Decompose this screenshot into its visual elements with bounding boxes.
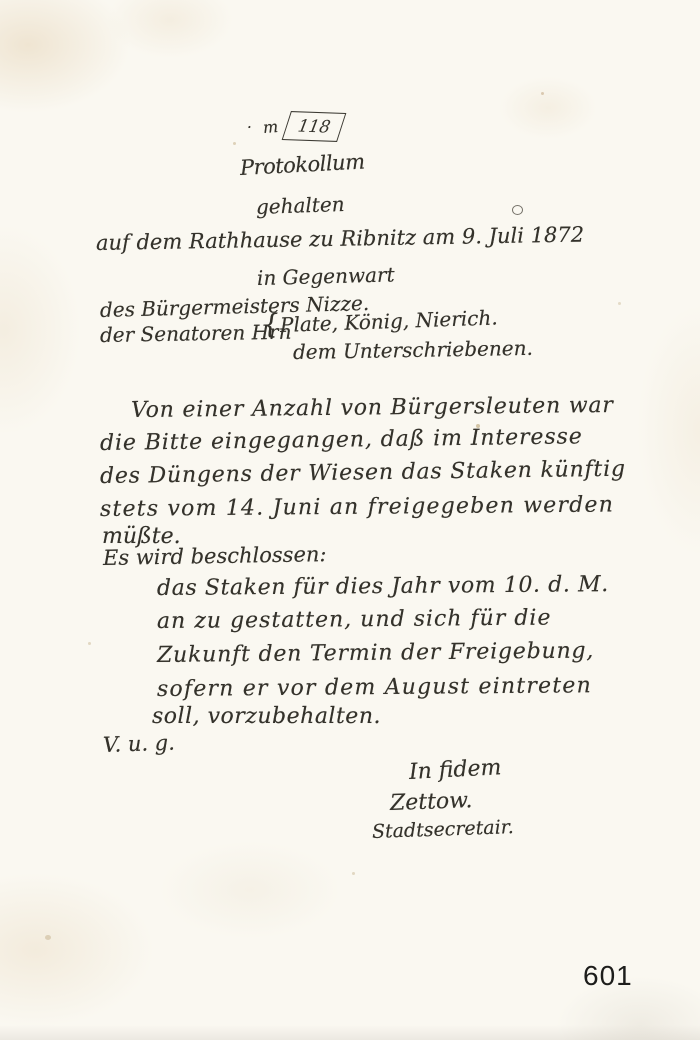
scanned-document-page: · m 118 Protokollum gehalten auf dem Rat… [0, 0, 700, 1040]
paper-speck [541, 92, 544, 95]
resolution-line: soll, vorzubehalten. [152, 704, 381, 729]
resolution-line: an zu gestatten, und sich für die [157, 606, 552, 634]
signature-name: Zettow. [390, 788, 473, 816]
closing-abbrev: V. u. g. [103, 731, 176, 757]
resolution-line: sofern er vor dem August eintreten [157, 673, 592, 702]
resolution-heading: Es wird beschlossen: [103, 542, 327, 570]
document-title: Protokollum [239, 149, 365, 179]
in-fidem-line: In fidem [408, 755, 502, 785]
place-date-line: auf dem Rathhause zu Ribnitz am 9. Juli … [96, 222, 585, 255]
signature-role: Stadtsecretair. [372, 816, 515, 843]
ref-prefix: m [262, 117, 278, 137]
ref-dot: · [247, 118, 252, 136]
ref-number: 118 [296, 116, 332, 137]
ref-number-box: 118 [282, 111, 347, 142]
document-subtitle: gehalten [256, 192, 345, 219]
page-number: 601 [583, 960, 633, 992]
presence-heading: in Gegenwart [257, 262, 395, 290]
body-line: stets vom 14. Juni an freigegeben werden [100, 493, 614, 522]
body-line: Von einer Anzahl von Bürgersleuten war [131, 393, 614, 423]
paper-speck [233, 142, 236, 145]
resolution-line: das Staken für dies Jahr vom 10. d. M. [157, 572, 609, 601]
paper-speck [618, 302, 621, 305]
attendee-brace: { [261, 309, 280, 341]
paper-speck [45, 935, 51, 940]
attendee-line-3: dem Unterschriebenen. [293, 336, 533, 364]
annotation-circle [512, 205, 523, 215]
resolution-line: Zukunft den Termin der Freigebung, [157, 638, 594, 668]
paper-speck [88, 642, 91, 645]
paper-speck [476, 424, 480, 428]
paper-speck [352, 872, 355, 875]
body-line: des Düngens der Wiesen das Staken künfti… [100, 457, 626, 489]
body-line: die Bitte eingegangen, daß im Interesse [100, 424, 583, 456]
